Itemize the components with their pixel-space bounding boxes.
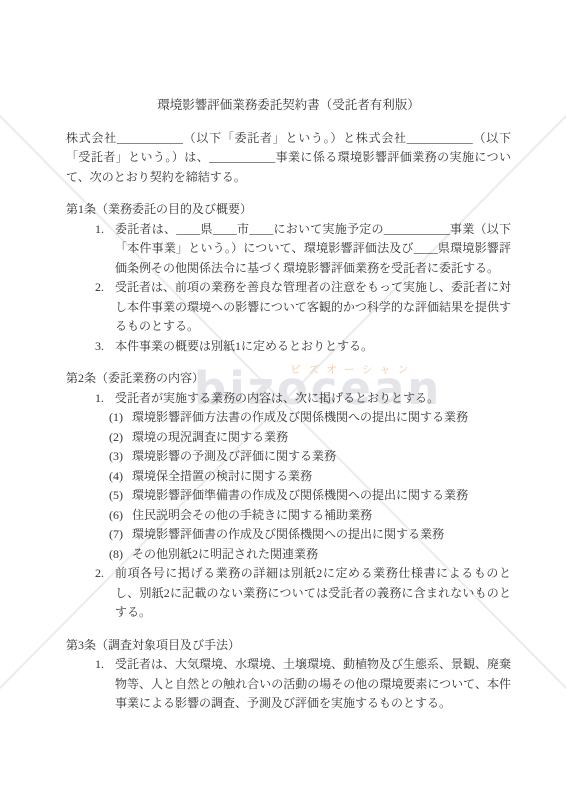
item-number: (3) (109, 447, 123, 467)
contract-item: 1.受託者は、大気環境、水環境、土壌環境、動植物及び生態系、景観、廃棄物等、人と… (66, 655, 511, 714)
articles: 第1条（業務委託の目的及び概要）1.委託者は、____県____市____におい… (66, 200, 511, 714)
contract-subitem: (2)環境の現況調査に関する業務 (66, 428, 511, 448)
contract-item: 1.委託者は、____県____市____において実施予定の__________… (66, 220, 511, 279)
item-number: 2. (95, 278, 104, 298)
item-number: (2) (109, 428, 123, 448)
item-number: (7) (109, 525, 123, 545)
item-number: (4) (109, 467, 123, 487)
contract-subitem: (7)環境影響評価書の作成及び関係機関への提出に関する業務 (66, 525, 511, 545)
contract-subitem: (5)環境影響評価準備書の作成及び関係機関への提出に関する業務 (66, 486, 511, 506)
contract-item: 2.前項各号に掲げる業務の詳細は別紙2に定める業務仕様書によるものとし、別紙2に… (66, 564, 511, 623)
item-text: 受託者は、前項の業務を善良な管理者の注意をもって実施し、委託者に対し本件事業の環… (115, 280, 511, 333)
item-text: 環境の現況調査に関する業務 (132, 430, 288, 444)
contract-preamble: 株式会社___________（以下「委託者」という。）と株式会社_______… (66, 129, 511, 188)
item-number: 1. (95, 389, 104, 409)
item-text: 環境影響評価書の作成及び関係機関への提出に関する業務 (132, 527, 444, 541)
item-text: 環境影響の予測及び評価に関する業務 (132, 449, 336, 463)
item-text: 受託者が実施する業務の内容は、次に掲げるとおりとする。 (115, 391, 439, 405)
item-text: 住民説明会その他の手続きに関する補助業務 (132, 508, 372, 522)
item-text: 前項各号に掲げる業務の詳細は別紙2に定める業務仕様書によるものとし、別紙2に記載… (115, 566, 511, 619)
item-text: 環境保全措置の検討に関する業務 (132, 469, 312, 483)
item-number: 1. (95, 220, 104, 240)
article-heading: 第1条（業務委託の目的及び概要） (66, 200, 511, 220)
document-page: ビズオーシャン bizocean 環境影響評価業務委託契約書（受託者有利版） 株… (0, 0, 566, 800)
contract-item: 3.本件事業の概要は別紙1に定めるとおりとする。 (66, 337, 511, 357)
contract-subitem: (4)環境保全措置の検討に関する業務 (66, 467, 511, 487)
contract-title: 環境影響評価業務委託契約書（受託者有利版） (66, 96, 511, 116)
item-number: 1. (95, 655, 104, 675)
item-number: (1) (109, 408, 123, 428)
contract-subitem: (3)環境影響の予測及び評価に関する業務 (66, 447, 511, 467)
contract-subitem: (8)その他別紙2に明記された関連業務 (66, 545, 511, 565)
article-heading: 第3条（調査対象項目及び手法） (66, 636, 511, 656)
contract-item: 2.受託者は、前項の業務を善良な管理者の注意をもって実施し、委託者に対し本件事業… (66, 278, 511, 337)
item-text: 環境影響評価準備書の作成及び関係機関への提出に関する業務 (132, 488, 468, 502)
contract-article: 第1条（業務委託の目的及び概要）1.委託者は、____県____市____におい… (66, 200, 511, 356)
contract-body: 環境影響評価業務委託契約書（受託者有利版） 株式会社___________（以下… (66, 0, 511, 714)
item-text: その他別紙2に明記された関連業務 (132, 547, 318, 561)
contract-article: 第3条（調査対象項目及び手法）1.受託者は、大気環境、水環境、土壌環境、動植物及… (66, 636, 511, 714)
contract-item: 1.受託者が実施する業務の内容は、次に掲げるとおりとする。 (66, 389, 511, 409)
item-text: 本件事業の概要は別紙1に定めるとおりとする。 (115, 339, 373, 353)
contract-subitem: (1)環境影響評価方法書の作成及び関係機関への提出に関する業務 (66, 408, 511, 428)
contract-subitem: (6)住民説明会その他の手続きに関する補助業務 (66, 506, 511, 526)
item-number: (5) (109, 486, 123, 506)
item-number: (8) (109, 545, 123, 565)
item-text: 委託者は、____県____市____において実施予定の___________事… (115, 222, 511, 275)
item-number: 2. (95, 564, 104, 584)
contract-article: 第2条（委託業務の内容）1.受託者が実施する業務の内容は、次に掲げるとおりとする… (66, 369, 511, 623)
article-heading: 第2条（委託業務の内容） (66, 369, 511, 389)
item-text: 環境影響評価方法書の作成及び関係機関への提出に関する業務 (132, 410, 468, 424)
item-number: 3. (95, 337, 104, 357)
item-text: 受託者は、大気環境、水環境、土壌環境、動植物及び生態系、景観、廃棄物等、人と自然… (115, 657, 511, 710)
item-number: (6) (109, 506, 123, 526)
